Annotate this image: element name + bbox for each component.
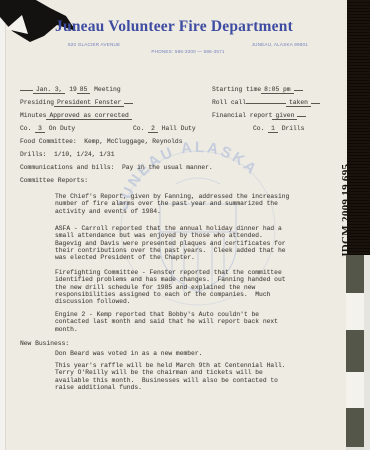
co-drills-number: 1 bbox=[268, 125, 278, 133]
chiefs-report-paragraph: The Chief's Report, given by Fanning, ad… bbox=[55, 193, 293, 215]
company-drills: Co. 1 Drills bbox=[253, 125, 304, 133]
firefighting-committee-paragraph: Firefighting Committee - Fenster reporte… bbox=[55, 269, 293, 305]
scan-left-edge bbox=[0, 0, 6, 450]
financial-value: given bbox=[272, 112, 297, 120]
co-on-duty-number: 3 bbox=[35, 125, 45, 133]
minutes-value: Approved as corrected bbox=[46, 112, 131, 120]
starting-time-underline-tail bbox=[294, 90, 303, 91]
roll-call-underline-blank bbox=[246, 103, 286, 104]
food-committee-line: Food Committee: Kemp, McCluggage, Reynol… bbox=[20, 138, 183, 145]
calibration-block-white bbox=[346, 293, 364, 330]
scanned-meeting-minutes-document: JUNEAU ALASKA Juneau Volunteer Fire Depa… bbox=[0, 0, 370, 450]
drills-label: Drills bbox=[282, 125, 305, 132]
letterhead-phones: PHONES: 586-3300 — 586-3571 bbox=[68, 49, 308, 54]
roll-call-value: taken bbox=[286, 99, 311, 107]
drills-line: Drills: 1/10, 1/24, 1/31 bbox=[20, 151, 114, 158]
letterhead-address-row: 820 GLACIER AVENUE JUNEAU, ALASKA 99801 bbox=[68, 42, 308, 47]
calibration-block-gray bbox=[346, 255, 364, 293]
calibration-block-gray bbox=[346, 408, 364, 447]
co-hall-duty-number: 2 bbox=[148, 125, 158, 133]
roll-call-underline-tail bbox=[311, 103, 320, 104]
committee-reports-heading: Committee Reports: bbox=[20, 177, 88, 184]
presiding-label: Presiding bbox=[20, 99, 54, 106]
date-underline-lead bbox=[20, 90, 33, 91]
form-presiding-row: PresidingPresident Fenster bbox=[20, 99, 133, 107]
company-hall-duty: Co. 2 Hall Duty bbox=[133, 125, 196, 133]
form-minutes-row: MinutesApproved as corrected bbox=[20, 112, 132, 120]
year-prefix: 19 bbox=[69, 86, 77, 93]
letterhead-title: Juneau Volunteer Fire Department bbox=[0, 18, 348, 36]
roll-call-label: Roll call bbox=[212, 99, 246, 106]
form-financial-row: Financial reportgiven bbox=[212, 112, 306, 120]
meeting-label: Meeting bbox=[94, 86, 120, 93]
company-on-duty: Co. 3 On Duty bbox=[20, 125, 75, 133]
year-value: 85 bbox=[77, 86, 91, 94]
calibration-block-white bbox=[346, 372, 364, 408]
new-business-heading: New Business: bbox=[20, 340, 69, 347]
new-member-paragraph: Don Beard was voted in as a new member. bbox=[55, 350, 293, 357]
starting-time-value: 8:05 pm bbox=[261, 86, 293, 94]
financial-underline-tail bbox=[297, 116, 306, 117]
on-duty-label: On Duty bbox=[49, 125, 75, 132]
minutes-label: Minutes bbox=[20, 112, 46, 119]
communications-line: Communications and bills: Pay in the usu… bbox=[20, 164, 213, 171]
co-label: Co. bbox=[253, 125, 264, 132]
letterhead-address-left: 820 GLACIER AVENUE bbox=[68, 42, 120, 47]
hall-duty-label: Hall Duty bbox=[162, 125, 196, 132]
catalog-number-label: JDCM 2009.19.695 bbox=[340, 164, 352, 258]
co-label: Co. bbox=[133, 125, 144, 132]
letterhead-address-right: JUNEAU, ALASKA 99801 bbox=[252, 42, 308, 47]
form-date-row: Jan. 3, 1985 Meeting bbox=[20, 86, 121, 94]
calibration-block-gray bbox=[346, 330, 364, 372]
financial-label: Financial report bbox=[212, 112, 272, 119]
raffle-paragraph: This year's raffle will be held March 9t… bbox=[55, 362, 293, 391]
engine-2-paragraph: Engine 2 - Kemp reported that Bobby's Au… bbox=[55, 311, 293, 333]
letterhead: Juneau Volunteer Fire Department bbox=[0, 18, 348, 36]
presiding-underline-tail bbox=[124, 103, 133, 104]
asfa-paragraph: ASFA - Carroll reported that the annual … bbox=[55, 225, 293, 261]
co-label: Co. bbox=[20, 125, 31, 132]
scan-right-edge bbox=[364, 255, 370, 450]
form-roll-call-row: Roll calltaken bbox=[212, 99, 320, 107]
starting-time-label: Starting time bbox=[212, 86, 261, 93]
grayscale-calibration-bar bbox=[346, 255, 364, 450]
presiding-value: President Fenster bbox=[54, 99, 124, 107]
form-starting-time-row: Starting time8:05 pm bbox=[212, 86, 303, 94]
date-value: Jan. 3, bbox=[33, 86, 65, 94]
